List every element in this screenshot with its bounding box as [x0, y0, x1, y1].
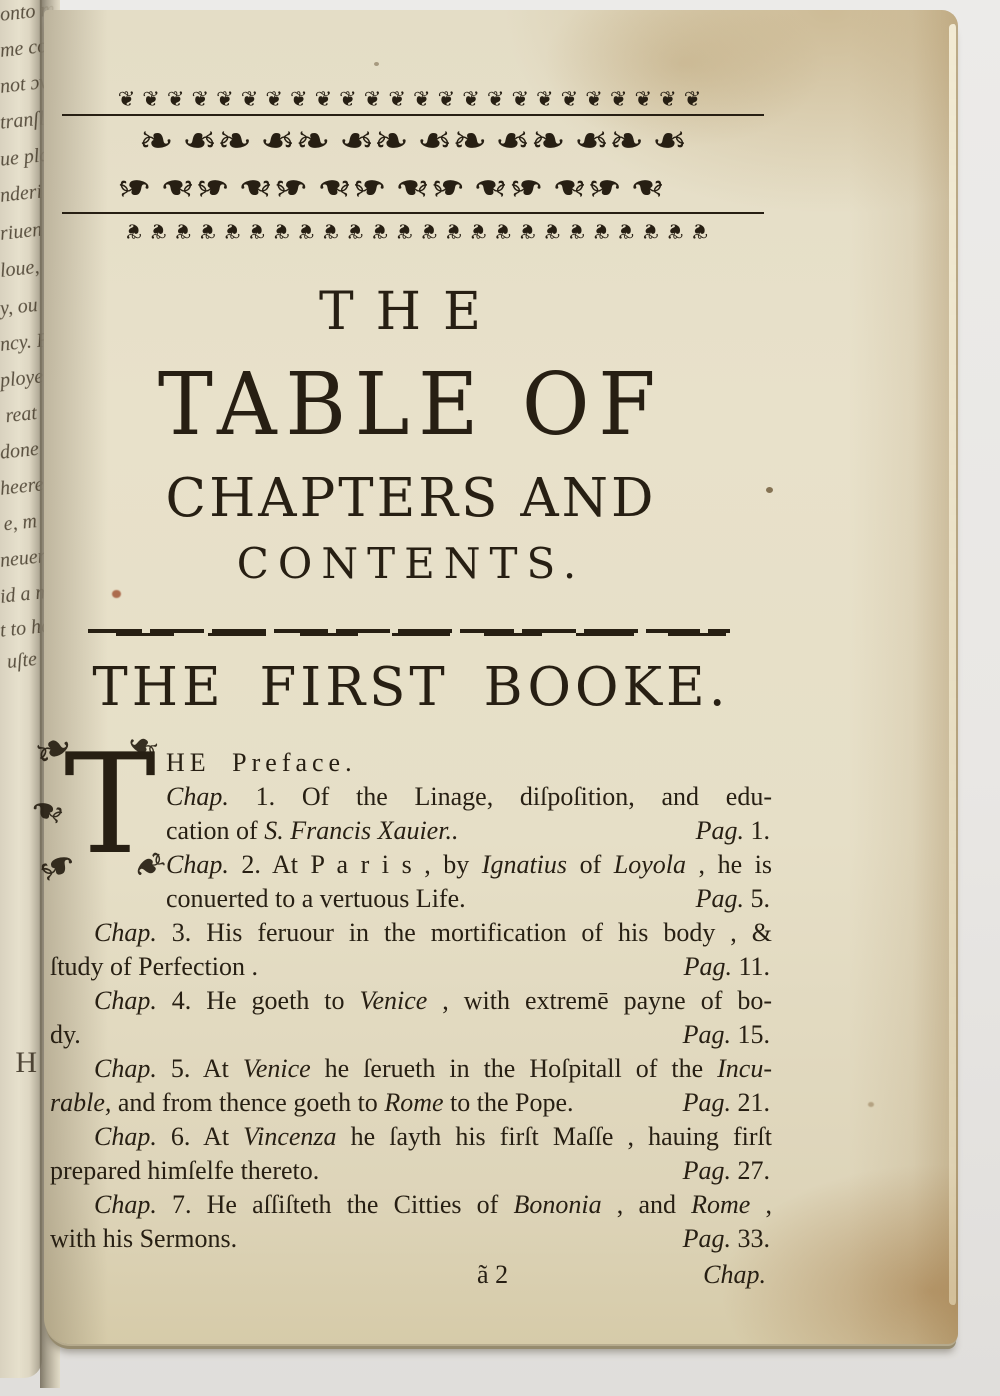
spine-text-fragment: neuer [0, 546, 38, 573]
toc-line-text: Chap. 2. At P a r i s , by Ignatius of L… [166, 850, 772, 879]
fore-edge [949, 24, 958, 1305]
toc-line-text: Chap. 3. His feruour in the mortificatio… [94, 918, 772, 947]
ornament-row: ❧❧❧❧❧❧❧❧❧❧❧❧❧❧ [62, 164, 764, 211]
toc-line-text: cation of S. Francis Xauier.. [166, 814, 458, 848]
section-heading: THE FIRST BOOKE. [50, 661, 772, 714]
spine-text-fragment: not ɔw [0, 72, 38, 99]
table-of-contents: ❧❧❧❧❧THE Preface.Chap. 1. Of the Linage,… [50, 746, 772, 1256]
spine-text-fragment: nderi [0, 181, 38, 208]
toc-line-text: conuerted to a vertuous Life. [166, 882, 466, 916]
toc-line-text: Chap. 4. He goeth to Venice , with extre… [94, 986, 772, 1015]
toc-line-text: rable, and from thence goeth to Rome to … [50, 1086, 574, 1120]
page-number: Pag. 15. [683, 1018, 772, 1052]
page-number: Pag. 27. [683, 1154, 772, 1188]
spine-text-fragment: t to ha [0, 616, 38, 643]
ornament-band: ❧❧❧❧❧❧❧❧❧❧❧❧❧❧❧❧❧❧❧❧❧❧❧❧❧❧❧❧ [62, 114, 764, 214]
ornament-row: ❦❦❦❦❦❦❦❦❦❦❦❦❦❦❦❦❦❦❦❦❦❦❦❦ [62, 84, 764, 114]
spine-text-fragment: H [0, 1046, 37, 1080]
spine-text-fragment: riuen [0, 219, 38, 246]
toc-line-text: Chap. 5. At Venice he ſerueth in the Hoſ… [94, 1054, 772, 1083]
toc-line-text: Chap. 1. Of the Linage, diſpoſition, and… [166, 782, 772, 811]
toc-line-text: Chap. 6. At Vincenza he ſayth his firſt … [94, 1122, 772, 1151]
page-number: Pag. 33. [683, 1222, 772, 1256]
spine-text-fragment: reat [0, 402, 38, 429]
title-line-contents: CONTENTS. [50, 543, 772, 585]
spine-text-fragment: done [0, 438, 38, 465]
signature-line: ã 2 Chap. [50, 1258, 772, 1292]
toc-line-text: dy. [50, 1018, 81, 1052]
signature-mark: ã 2 [477, 1258, 508, 1292]
spine-text-fragment: ncy. F [0, 330, 38, 357]
book-photo: onto mme counot ɔwtranſlue plandeririuen… [0, 0, 1000, 1396]
section-rule [88, 629, 730, 637]
toc-line-text: prepared himſelfe thereto. [50, 1154, 319, 1188]
dropcap-flourish: ❧ [26, 790, 69, 832]
page-number: Pag. 5. [696, 882, 772, 916]
dropcap-initial: ❧❧❧❧❧T [50, 748, 162, 898]
spine-text-fragment: e, m [0, 510, 38, 537]
spine-text-fragment: ue pla [0, 145, 38, 172]
printed-content: ❦❦❦❦❦❦❦❦❦❦❦❦❦❦❦❦❦❦❦❦❦❦❦❦❧❧❧❧❧❧❧❧❧❧❧❧❧❧❧❧… [50, 10, 772, 1292]
spine-text-fragment: uſte [0, 648, 38, 675]
catchword: Chap. [703, 1258, 772, 1292]
toc-line: prepared himſelfe thereto.Pag. 27. [50, 1154, 772, 1188]
toc-line-text: with his Sermons. [50, 1222, 237, 1256]
toc-line: Chap. 5. At Venice he ſerueth in the Hoſ… [50, 1052, 772, 1086]
toc-line-text: Chap. 7. He aſſiſteth the Citties of Bon… [94, 1190, 772, 1219]
page-number: Pag. 21. [683, 1086, 772, 1120]
title-line-table-of: TABLE OF [64, 362, 757, 448]
spine-text-fragment: y, ou [0, 294, 38, 321]
spine-text-fragment: ploye [0, 366, 38, 393]
toc-line: rable, and from thence goeth to Rome to … [50, 1086, 772, 1120]
toc-line: Chap. 3. His feruour in the mortificatio… [50, 916, 772, 950]
toc-line: ſtudy of Perfection .Pag. 11. [50, 950, 772, 984]
page-number: Pag. 1. [696, 814, 772, 848]
page-number: Pag. 11. [684, 950, 772, 984]
toc-line: dy.Pag. 15. [50, 1018, 772, 1052]
ornament-row: ❦❦❦❦❦❦❦❦❦❦❦❦❦❦❦❦❦❦❦❦❦❦❦❦ [62, 214, 764, 246]
spine-text-fragment: id a m [0, 582, 38, 609]
toc-line-text: HE Preface. [166, 748, 357, 777]
headpiece-ornament: ❦❦❦❦❦❦❦❦❦❦❦❦❦❦❦❦❦❦❦❦❦❦❦❦❧❧❧❧❧❧❧❧❧❧❧❧❧❧❧❧… [62, 84, 764, 246]
spine-text-fragment: onto m [0, 0, 38, 27]
paper-speck [868, 1102, 874, 1107]
toc-line: with his Sermons.Pag. 33. [50, 1222, 772, 1256]
book-page: ❦❦❦❦❦❦❦❦❦❦❦❦❦❦❦❦❦❦❦❦❦❦❦❦❧❧❧❧❧❧❧❧❧❧❧❧❧❧❧❧… [44, 10, 958, 1344]
spine-text-fragment: loue, i [0, 256, 38, 283]
ornament-row: ❧❧❧❧❧❧❧❧❧❧❧❧❧❧ [62, 117, 764, 164]
toc-line: Chap. 6. At Vincenza he ſayth his firſt … [50, 1120, 772, 1154]
toc-line-text: ſtudy of Perfection . [50, 950, 258, 984]
spine-text-fragment: me cou [0, 36, 38, 63]
spine-text-fragment: heere [0, 474, 38, 501]
toc-line: Chap. 4. He goeth to Venice , with extre… [50, 984, 772, 1018]
spine-text-fragment: tranſl [0, 108, 38, 135]
toc-line: cation of S. Francis Xauier..Pag. 1. [166, 814, 772, 848]
title-line-the: THE [50, 286, 772, 338]
toc-line: Chap. 7. He aſſiſteth the Citties of Bon… [50, 1188, 772, 1222]
toc-line: conuerted to a vertuous Life.Pag. 5. [166, 882, 772, 916]
title-line-chapters: CHAPTERS AND [50, 472, 772, 525]
